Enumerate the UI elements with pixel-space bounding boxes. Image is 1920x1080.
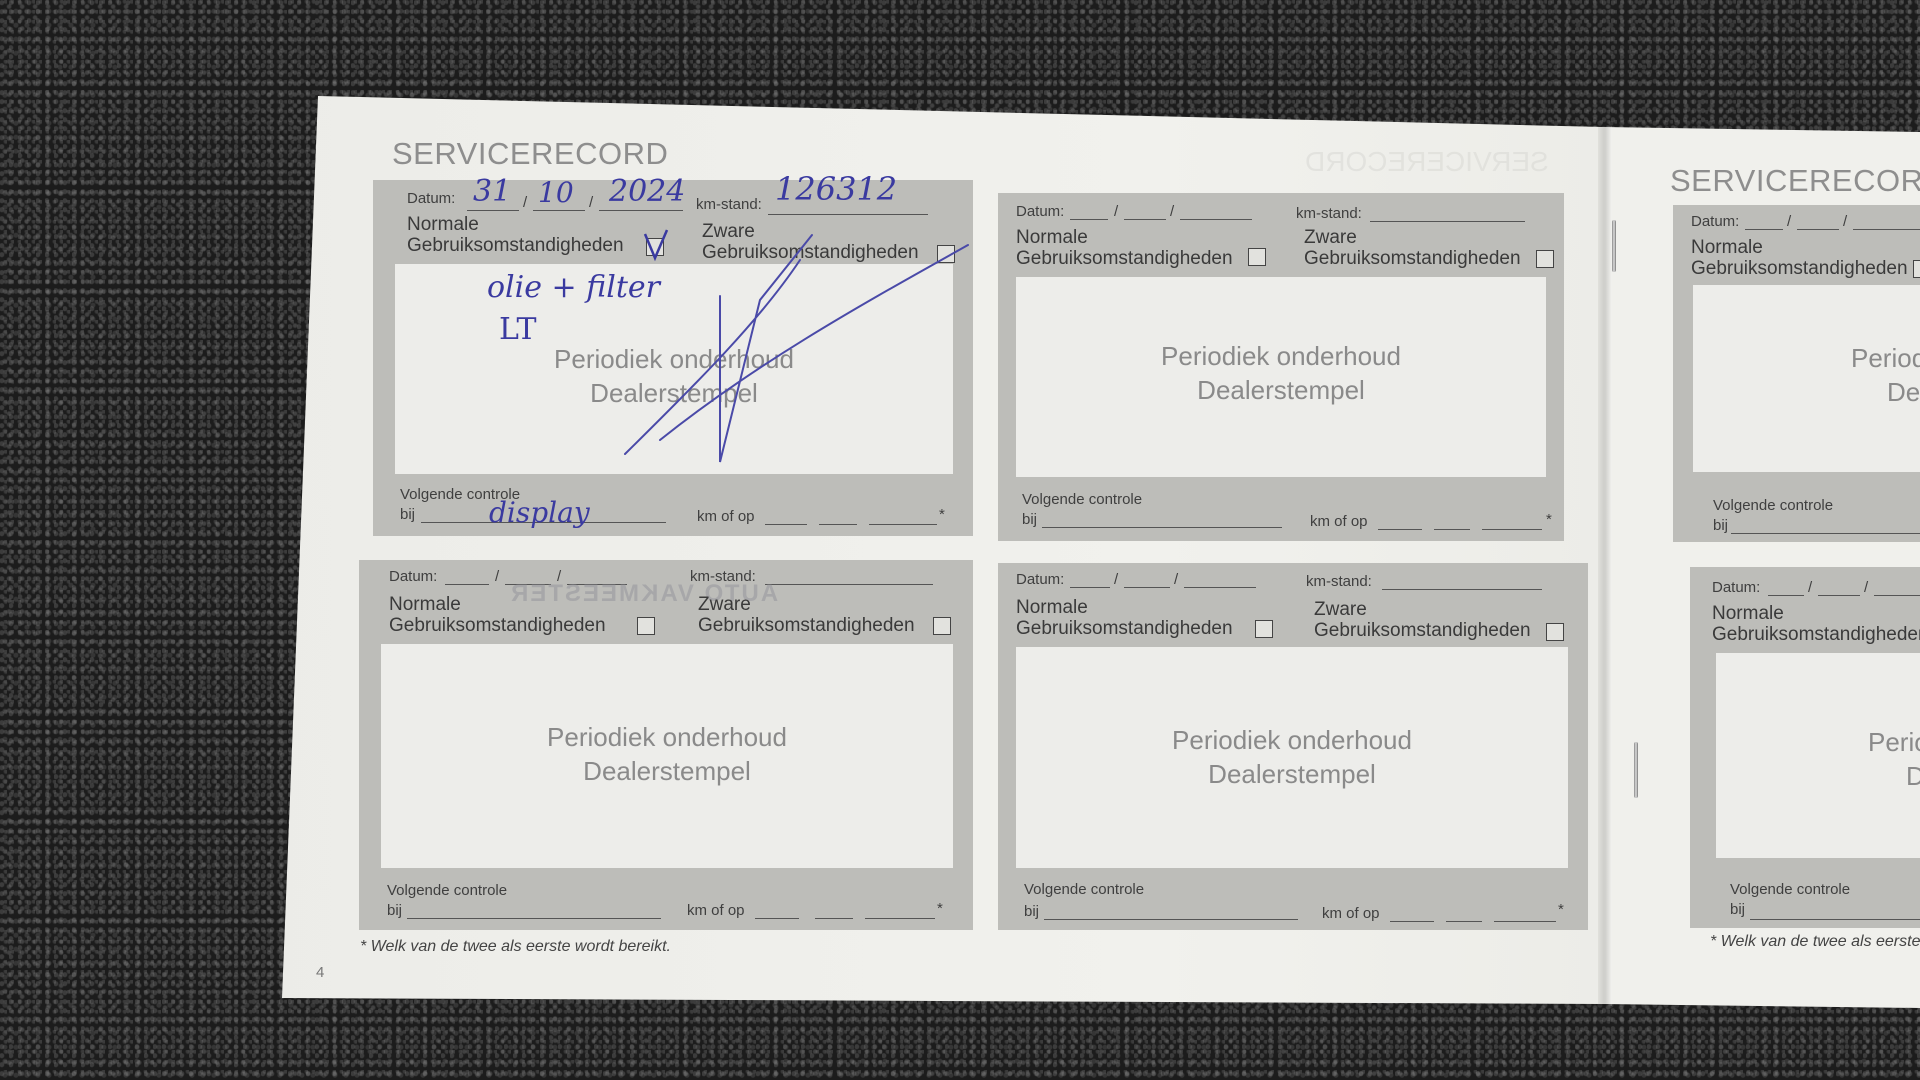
km-stand-label: km-stand: [1306,573,1372,590]
page-title: SERVICERECORD [392,136,668,172]
stamp-line2: D [1868,759,1920,793]
stamp-line2: Dealerstempel [381,754,953,788]
right-page-title: SERVICERECORD [1670,163,1920,199]
zware-line1: Zware [1314,599,1367,620]
next-check-km-field[interactable] [1750,919,1920,920]
next-check-year-field[interactable] [1482,529,1542,530]
normale-line1: Normale [1712,603,1784,624]
stamp-line1: Periodiek onderhoud [381,720,953,754]
zware-checkbox[interactable] [933,617,951,635]
conditions-line2: Gebruiksomstandigheden [1016,618,1233,639]
conditions-line2: Gebruiksomstandigheden [1304,248,1521,269]
stamp-placeholder: Periodiek onderhoud Dealerstempel [1016,339,1546,407]
stamp-line2: Dealerstempel [395,376,953,410]
conditions-line2: Gebruiksomstandigheden [702,242,919,263]
datum-month-field[interactable] [1124,219,1166,220]
handwritten-month: 10 [538,176,574,209]
date-separator: / [495,568,499,585]
km-of-op-label: km of op [687,902,745,919]
km-of-op-label: km of op [1322,905,1380,922]
datum-label: Datum: [389,568,437,585]
service-record-card: Datum: / / km-stand: Normale Gebruiksoms… [998,563,1588,930]
datum-label: Datum: [407,190,455,207]
stamp-line1: Periodiek onderhoud [1016,339,1546,373]
datum-year-field[interactable] [1184,587,1256,588]
zware-checkbox[interactable] [1546,623,1564,641]
next-check-year-field[interactable] [865,918,935,919]
next-check-month-field[interactable] [815,918,853,919]
dealer-stamp-area: Periodiek onderhoud Dealerstempel [381,644,953,868]
zware-label: Zware Gebruiksomstandigheden [702,221,919,263]
handwritten-note-1: olie + filter [487,270,660,305]
datum-label: Datum: [1016,571,1064,588]
service-record-card-partial: Datum: / / Normale Gebruiksomstandighede… [1673,205,1920,542]
stamp-placeholder: Periodiek onderhoud Dealerstempel [381,720,953,788]
km-stand-label: km-stand: [1296,205,1362,222]
km-of-op-label: km of op [1310,513,1368,530]
zware-label: Zware Gebruiksomstandigheden [1304,227,1521,269]
km-stand-field[interactable] [765,584,933,585]
dealer-stamp-area: Periodie Dea [1693,285,1920,472]
normale-label: Normale Gebruiksomstandigheden [1691,237,1908,279]
staple-bottom [1634,742,1638,798]
asterisk: * [1558,901,1564,918]
staple-top [1612,220,1616,272]
zware-line1: Zware [698,594,751,615]
km-stand-field[interactable] [1382,589,1542,590]
stamp-line2: Dealerstempel [1016,757,1568,791]
datum-label: Datum: [1712,579,1760,596]
datum-label: Datum: [1691,213,1739,230]
zware-checkbox[interactable] [1536,250,1554,268]
stamp-line1: Periodiek onderhoud [395,342,953,376]
datum-day-field[interactable] [1745,229,1783,230]
datum-day-field[interactable] [1768,595,1804,596]
next-check-label: Volgende controle [387,882,507,899]
datum-month-field[interactable] [533,210,585,211]
next-check-km-field[interactable] [1731,533,1920,534]
stamp-placeholder-partial: Periodie Dea [1851,341,1920,409]
date-separator: / [1808,579,1812,596]
normale-label: Normale Gebruiksomstandigheden [1016,597,1233,639]
handwritten-next-check: display [489,496,590,529]
stamp-placeholder: Periodiek onderhoud Dealerstempel [395,342,953,410]
next-check-year-field[interactable] [1494,921,1556,922]
normale-label: Normale Gebruiksomstandigheden [407,214,624,256]
zware-label: Zware Gebruiksomstandigheden [698,594,915,636]
dealer-stamp-area: Periodiek onderhoud Dealerstempel olie +… [395,264,953,474]
conditions-line2: Gebruiksomstandigheden [1712,624,1920,645]
date-separator: / [1114,203,1118,220]
datum-day-field[interactable] [1070,219,1108,220]
service-record-card: Datum: / / km-stand: AUTO VAKMEESTER Haa… [359,560,973,930]
date-separator: / [1843,213,1847,230]
datum-month-field[interactable] [1797,229,1839,230]
bij-label: bij [1024,903,1039,920]
bleed-through-title: SERVICERECORD [1305,146,1549,178]
right-page-footnote: * Welk van de twee als eerste [1710,933,1920,951]
date-separator: / [1114,571,1118,588]
next-check-month-field[interactable] [819,524,857,525]
date-separator: / [1174,571,1178,588]
km-stand-field[interactable] [1370,221,1525,222]
handwritten-day: 31 [473,174,511,209]
normale-checkbox[interactable] [1255,620,1273,638]
datum-label: Datum: [1016,203,1064,220]
datum-year-field[interactable] [599,210,683,211]
datum-day-field[interactable] [467,210,519,211]
normale-line1: Normale [407,214,479,235]
bij-label: bij [1713,517,1728,534]
normale-checkbox[interactable] [646,238,664,256]
dealer-stamp-area: Perio D [1716,653,1920,858]
bij-label: bij [1730,901,1745,918]
stamp-line2: Dealerstempel [1016,373,1546,407]
footnote: * Welk van de twee als eerste wordt bere… [360,938,671,956]
conditions-line2: Gebruiksomstandigheden [1691,258,1908,279]
next-check-km-field[interactable] [1044,919,1298,920]
normale-label: Normale Gebruiksomstandigheden [1712,603,1920,645]
dealer-stamp-area: Periodiek onderhoud Dealerstempel [1016,277,1546,477]
date-separator: / [523,194,527,211]
booklet-spine [1598,126,1612,1006]
asterisk: * [937,900,943,917]
next-check-km-field[interactable] [407,918,661,919]
next-check-label: Volgende controle [1024,881,1144,898]
normale-label: Normale Gebruiksomstandigheden [1016,227,1233,269]
stamp-line1: Periodiek onderhoud [1016,723,1568,757]
normale-checkbox[interactable] [1248,248,1266,266]
datum-year-field[interactable] [1874,595,1920,596]
date-separator: / [1864,579,1868,596]
next-check-label: Volgende controle [1730,881,1850,898]
next-check-km-field[interactable] [1042,527,1282,528]
zware-line1: Zware [1304,227,1357,248]
bij-label: bij [1022,511,1037,528]
datum-day-field[interactable] [445,584,489,585]
conditions-line2: Gebruiksomstandigheden [407,235,624,256]
bij-label: bij [387,902,402,919]
handwritten-note-2: LT [499,312,537,347]
zware-line1: Zware [702,221,755,242]
handwritten-year: 2024 [609,174,685,209]
datum-year-field[interactable] [1180,219,1252,220]
service-record-card: Datum: / / km-stand: Normale Gebruiksoms… [998,193,1564,541]
stamp-line1: Perio [1868,725,1920,759]
page-number: 4 [316,964,324,981]
service-record-card: Datum: / / 31 10 2024 km-stand: 126312 N… [373,180,973,536]
stamp-placeholder-partial: Perio D [1868,725,1920,793]
next-check-label: Volgende controle [1022,491,1142,508]
date-separator: / [1170,203,1174,220]
datum-day-field[interactable] [1070,587,1110,588]
normale-line1: Normale [1016,597,1088,618]
stamp-placeholder: Periodiek onderhoud Dealerstempel [1016,723,1568,791]
asterisk: * [939,506,945,523]
zware-checkbox[interactable] [937,245,955,263]
zware-label: Zware Gebruiksomstandigheden [1314,599,1531,641]
next-check-day-field[interactable] [1390,921,1434,922]
normale-line1: Normale [389,594,461,615]
conditions-line2: Gebruiksomstandigheden [698,615,915,636]
handwritten-km-stand: 126312 [775,170,897,208]
date-separator: / [589,194,593,211]
normale-line1: Normale [1691,237,1763,258]
next-check-label: Volgende controle [1713,497,1833,514]
next-check-month-field[interactable] [1446,921,1482,922]
km-stand-field[interactable] [768,214,928,215]
stamp-line2: Dea [1851,375,1920,409]
normale-line1: Normale [1016,227,1088,248]
datum-month-field[interactable] [1124,587,1170,588]
date-separator: / [1787,213,1791,230]
next-check-month-field[interactable] [1434,529,1470,530]
stamp-line1: Periodie [1851,341,1920,375]
dealer-stamp-area: Periodiek onderhoud Dealerstempel [1016,647,1568,868]
next-check-year-field[interactable] [869,524,937,525]
km-stand-label: km-stand: [696,196,762,213]
conditions-line2: Gebruiksomstandigheden [389,615,606,636]
conditions-line2: Gebruiksomstandigheden [1314,620,1531,641]
normale-checkbox[interactable] [1913,260,1920,278]
asterisk: * [1546,511,1552,528]
next-check-day-field[interactable] [765,524,807,525]
normale-label: Normale Gebruiksomstandigheden [389,594,606,636]
datum-year-field[interactable] [1853,229,1920,230]
service-record-card-partial: Datum: / / Normale Gebruiksomstandighede… [1690,567,1920,928]
km-of-op-label: km of op [697,508,755,525]
bij-label: bij [400,506,415,523]
conditions-line2: Gebruiksomstandigheden [1016,248,1233,269]
datum-month-field[interactable] [1818,595,1860,596]
next-check-day-field[interactable] [1378,529,1422,530]
normale-checkbox[interactable] [637,617,655,635]
next-check-day-field[interactable] [755,918,799,919]
